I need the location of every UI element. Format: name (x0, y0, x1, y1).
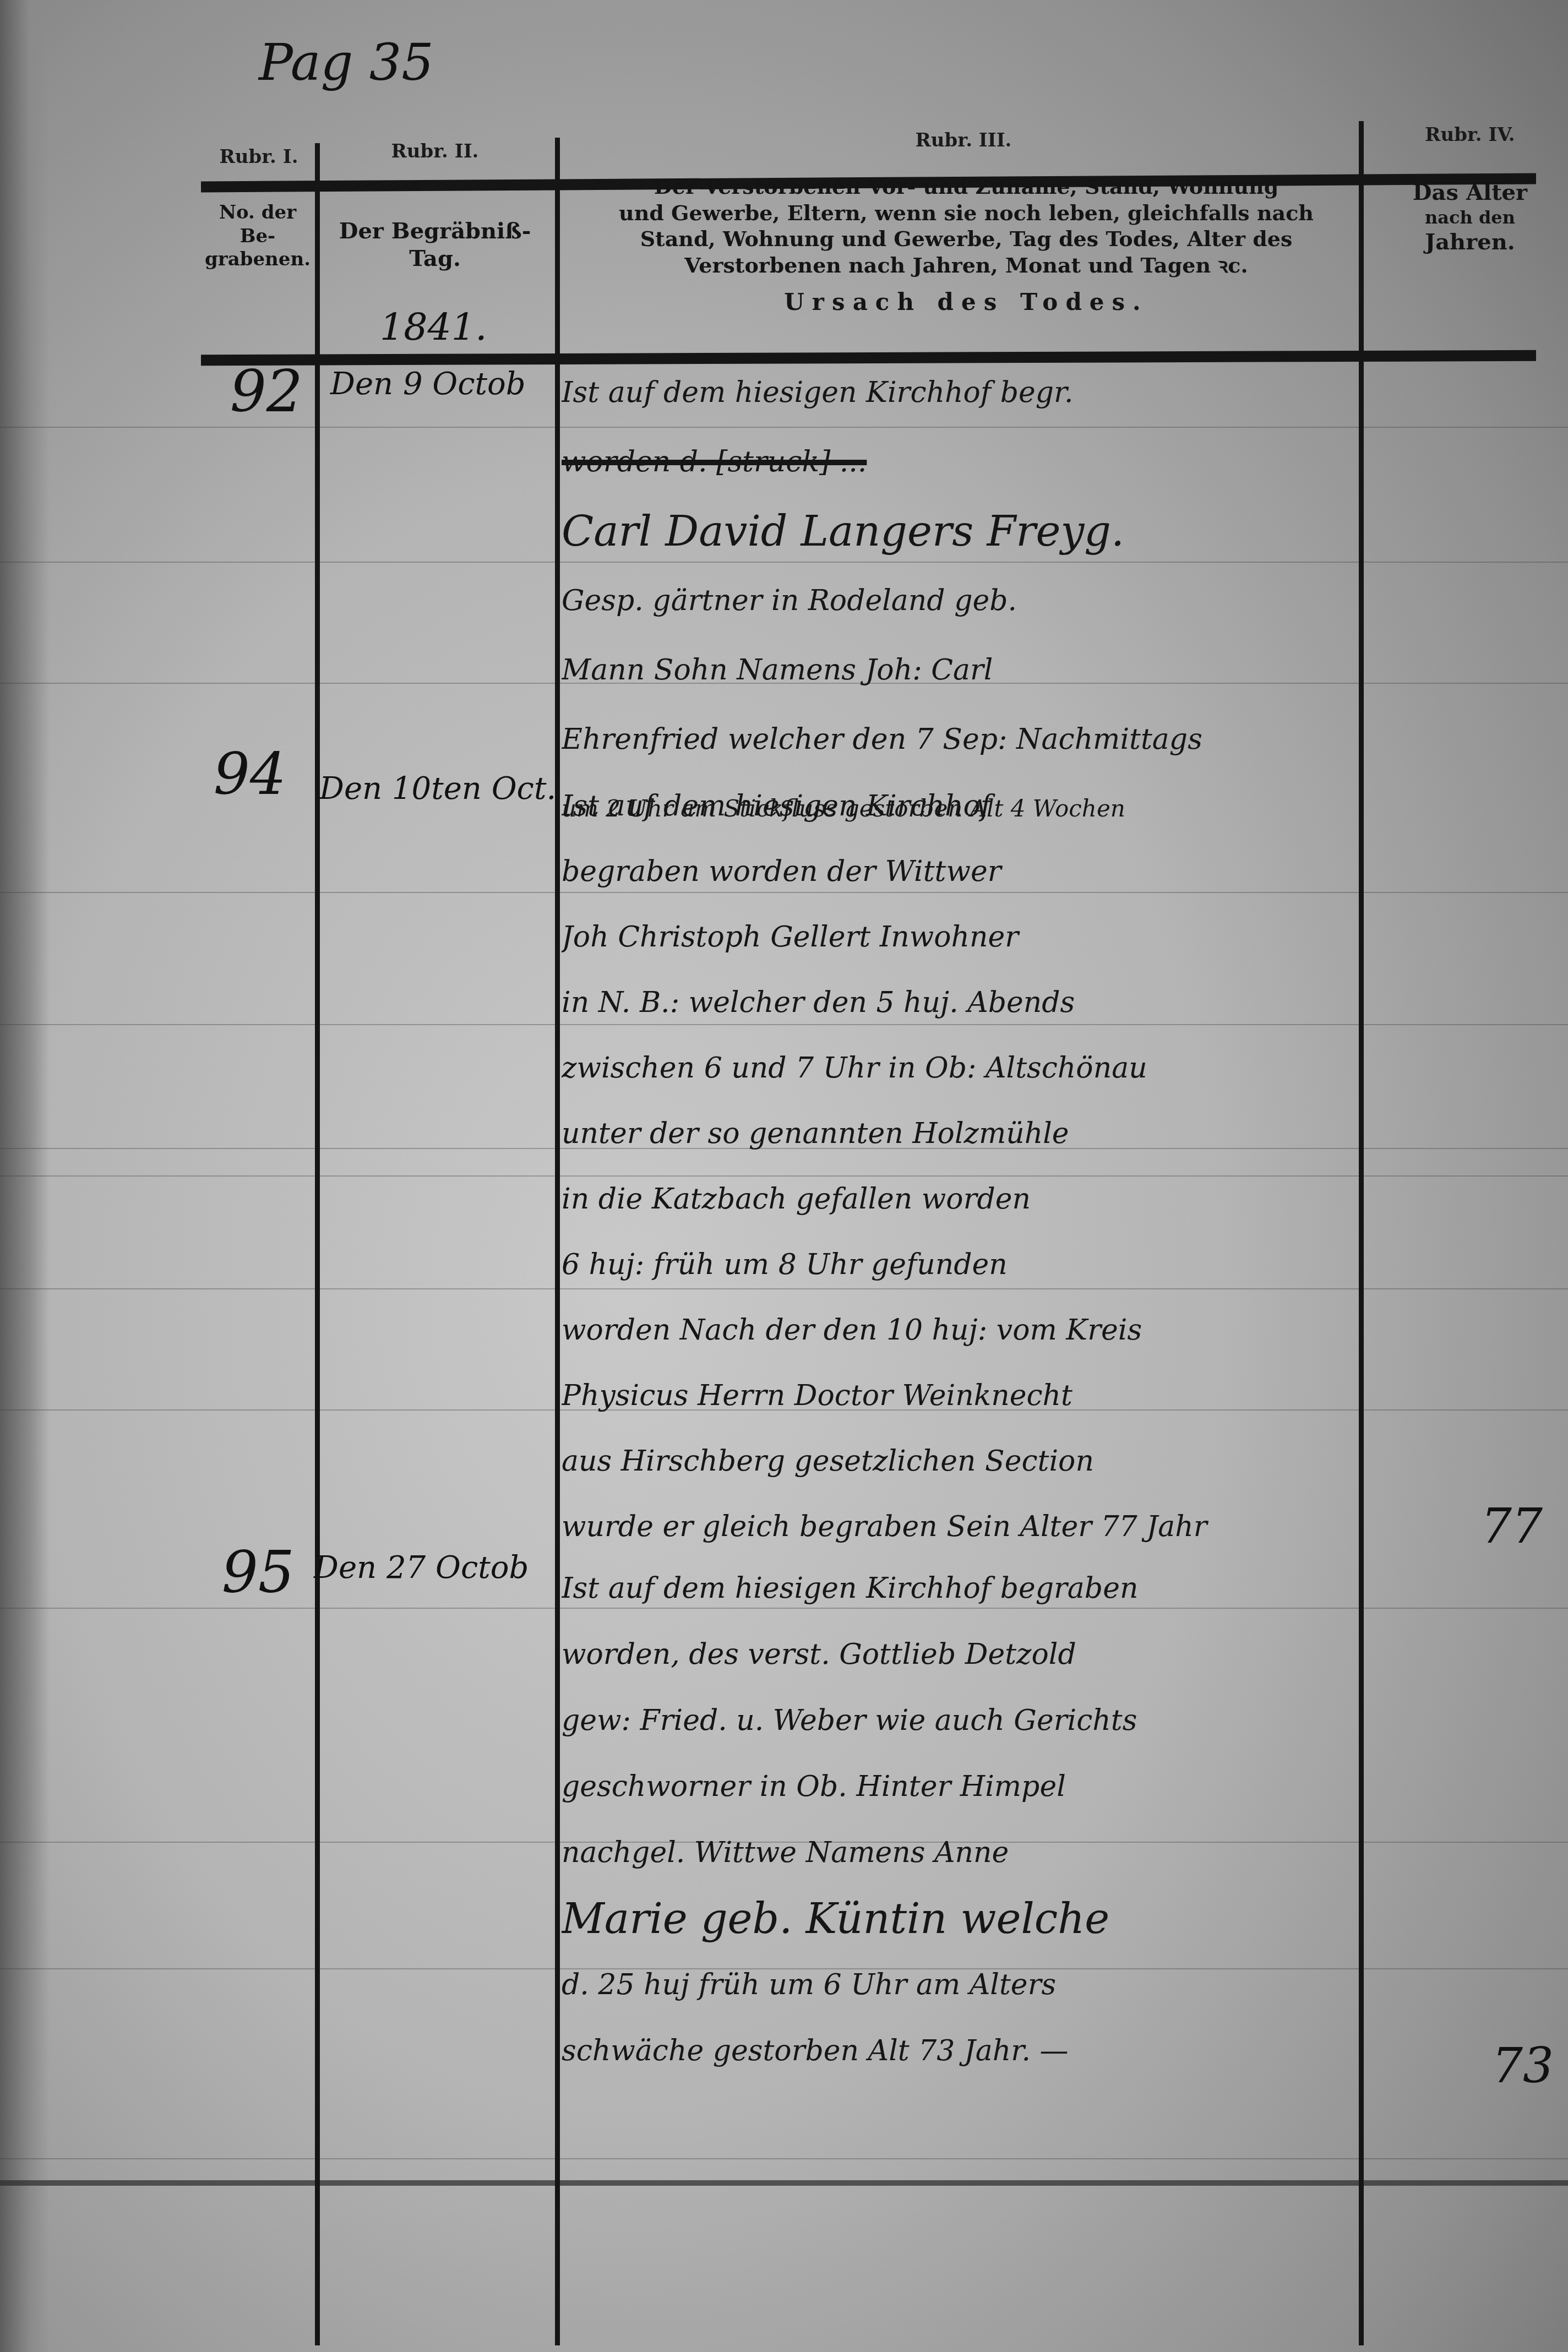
record-line: gew: Fried. u. Weber wie auch Gerichts (562, 1687, 1371, 1754)
column-header-age: Das Alter nach den Jahren. (1387, 179, 1553, 256)
record-line: Joh Christoph Gellert Inwohner (562, 905, 1371, 970)
record-line: aus Hirschberg gesetzlichen Section (562, 1429, 1371, 1494)
record-line: Marie geb. Küntin welche (562, 1886, 1371, 1952)
rubric-2-label: Rubr. II. (330, 140, 540, 162)
entry-number: 92 (198, 358, 303, 425)
record-line: Carl David Langers Freyg. (562, 497, 1371, 566)
header-line: nach den (1387, 206, 1553, 228)
record-line: worden, des verst. Gottlieb Detzold (562, 1621, 1371, 1687)
record-line: begraben worden der Wittwer (562, 839, 1371, 905)
record-line: in die Katzbach gefallen worden (562, 1167, 1371, 1232)
record-line: 6 huj: früh um 8 Uhr gefunden (562, 1232, 1371, 1298)
record-line: zwischen 6 und 7 Uhr in Ob: Altschönau (562, 1036, 1371, 1101)
record-line: worden Nach der den 10 huj: vom Kreis (562, 1298, 1371, 1363)
entry-record-text: Ist auf dem hiesigen Kirchhof begr. word… (562, 358, 1371, 843)
page-number: Pag 35 (259, 33, 434, 92)
record-line: Physicus Herrn Doctor Weinknecht (562, 1363, 1371, 1429)
rubric-4-label: Rubr. IV. (1387, 124, 1553, 146)
record-line: in N. B.: welcher den 5 huj. Abends (562, 970, 1371, 1036)
rubric-3-label: Rubr. III. (826, 129, 1101, 151)
page-bottom-rule (0, 2180, 1568, 2186)
record-line: schwäche gestorben Alt 73 Jahr. — (562, 2018, 1371, 2084)
header-line: Das Alter (1387, 179, 1553, 206)
column-header-burial-day: Der Begräbniß-Tag. (319, 217, 551, 273)
register-year: 1841. (380, 306, 487, 349)
entry-number: 95 (190, 1539, 295, 1606)
record-line: Mann Sohn Namens Joh: Carl (562, 635, 1371, 705)
header-line: Stand, Wohnung und Gewerbe, Tag des Tode… (567, 226, 1365, 252)
rubric-1-label: Rubr. I. (204, 146, 314, 168)
column-header-number: No. der Be-grabenen. (203, 201, 313, 271)
entry-burial-date: Den 27 Octob (314, 1550, 529, 1586)
record-line: Ehrenfried welcher den 7 Sep: Nachmittag… (562, 705, 1371, 774)
record-line: Ist auf dem hiesigen Kirchhof begraben (562, 1555, 1371, 1621)
entry-record-text: Ist auf dem hiesigen Kirchhof begraben w… (562, 1555, 1371, 2084)
record-line: wurde er gleich begraben Sein Alter 77 J… (562, 1494, 1371, 1560)
record-line: Ist auf dem hiesigen Kirchhof begr. (562, 358, 1371, 427)
record-line: Gesp. gärtner in Rodeland geb. (562, 566, 1371, 635)
column-header-deceased-details: Der Verstorbenen Vor- und Zuname, Stand,… (567, 173, 1365, 317)
record-line: geschworner in Ob. Hinter Himpel (562, 1754, 1371, 1820)
column-divider-1 (315, 143, 320, 2345)
record-line: nachgel. Wittwe Namens Anne (562, 1820, 1371, 1886)
entry-number: 94 (182, 741, 286, 808)
entry-record-text: Ist auf dem hiesigen Kirchhof begraben w… (562, 774, 1371, 1560)
header-line: Der Verstorbenen Vor- und Zuname, Stand,… (567, 173, 1365, 200)
cause-of-death-label: Ursach des Todes. (567, 288, 1365, 317)
record-line: unter der so genannten Holzmühle (562, 1101, 1371, 1167)
entry-burial-date: Den 10ten Oct. (319, 771, 556, 807)
entry-age: 73 (1492, 2037, 1554, 2094)
record-line: d. 25 huj früh um 6 Uhr am Alters (562, 1952, 1371, 2018)
record-line: Ist auf dem hiesigen Kirchhof (562, 774, 1371, 839)
column-divider-2 (555, 138, 560, 2345)
header-line: und Gewerbe, Eltern, wenn sie noch leben… (567, 200, 1365, 226)
entry-age: 77 (1481, 1498, 1543, 1554)
entry-burial-date: Den 9 Octob (330, 366, 526, 402)
record-line-struck: worden d. [struck] ... (562, 427, 1371, 497)
header-line: Verstorbenen nach Jahren, Monat und Tage… (567, 252, 1365, 279)
header-line: Jahren. (1387, 228, 1553, 256)
register-page: Pag 35 Rubr. I. Rubr. II. Rubr. III. Rub… (0, 0, 1568, 2352)
